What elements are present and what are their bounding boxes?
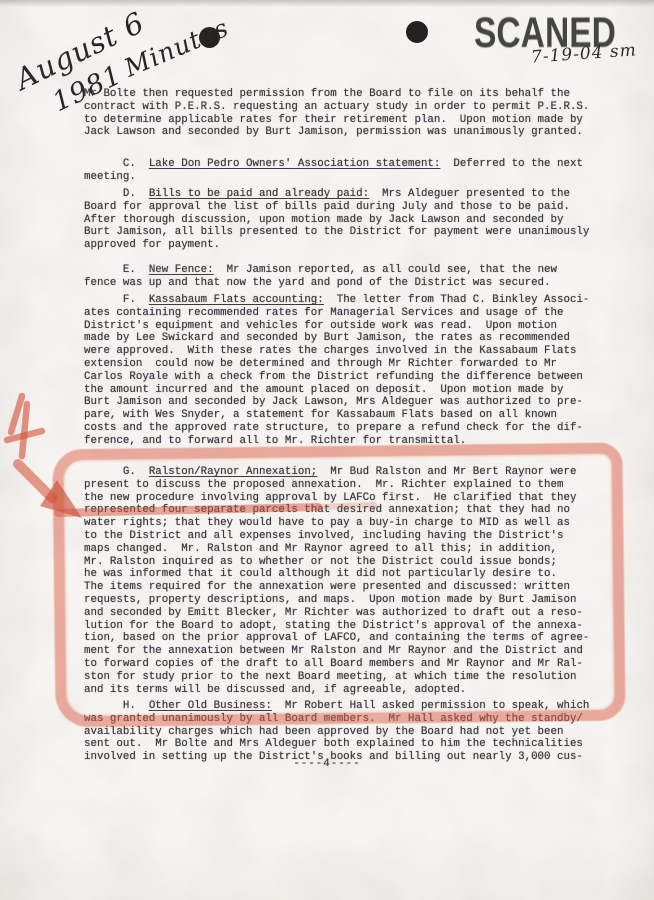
section-heading: Other Old Business:: [149, 700, 272, 712]
hole-punch-dot-right: [406, 21, 428, 43]
red-arrow: [18, 464, 82, 518]
section-body: The letter from Thad C. Binkley Associ- …: [84, 294, 589, 447]
section-letter: D.: [84, 188, 149, 200]
section-letter: H.: [84, 700, 149, 712]
section-e-new-fence: E. New Fence: Mr Jamison reported, as al…: [84, 264, 632, 290]
section-letter: F.: [84, 294, 149, 306]
section-body: Mr Bud Ralston and Mr Bert Raynor were p…: [84, 466, 589, 696]
scanned-document-page: SCANED 7-19-04 sm August 6 1981 Minutes …: [0, 0, 654, 900]
section-c-lake-don-pedro: C. Lake Don Pedro Owners' Association st…: [84, 158, 632, 184]
section-heading: New Fence:: [149, 264, 214, 276]
section-heading: Kassabaum Flats accounting:: [149, 294, 324, 306]
section-heading: Ralston/Raynor Annexation;: [149, 466, 317, 478]
section-letter: G.: [84, 466, 149, 478]
section-d-bills: D. Bills to be paid and already paid: Mr…: [84, 188, 632, 252]
section-g-ralston-raynor-annexation: G. Ralston/Raynor Annexation; Mr Bud Ral…: [84, 466, 632, 696]
page-number: ----4----: [0, 758, 654, 770]
section-h-other-old-business: H. Other Old Business: Mr Robert Hall as…: [84, 700, 632, 764]
red-four-glyph: [7, 396, 42, 456]
paragraph-pers-contract: Mr Bolte then requested permission from …: [84, 88, 632, 139]
section-letter: E.: [84, 264, 149, 276]
section-heading: Bills to be paid and already paid:: [149, 188, 369, 200]
section-f-kassabaum-flats: F. Kassabaum Flats accounting: The lette…: [84, 294, 632, 448]
section-letter: C.: [84, 158, 149, 170]
section-heading: Lake Don Pedro Owners' Association state…: [149, 158, 441, 170]
scan-edge-shadow: [0, 0, 654, 7]
